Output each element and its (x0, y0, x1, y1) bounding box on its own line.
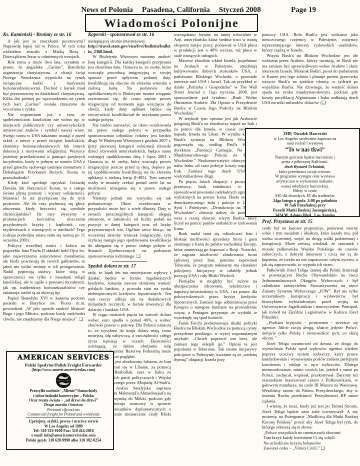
paragraph: Politycy wszelkiej maści i koloru na pog… (3, 243, 85, 295)
paragraph: Nie wspominam już o tym, że społeczności… (3, 112, 85, 180)
paragraph: Kiedy ktoś spróbuje opryskać Gwiazdę Daw… (3, 180, 85, 243)
paragraph: Koperski - sponsorował ze str. 16 (88, 32, 171, 38)
ad-content: American Services Polski Spedytor/Polish… (7, 352, 114, 443)
ad-logo: American Services (11, 354, 115, 362)
page-number: Page 19 (291, 5, 316, 14)
paragraph: W Biuletynie Wizowym możemy znaleźć list… (88, 54, 171, 122)
paragraph: rady, że bank ten ma zmniejszone wpływy … (88, 270, 171, 312)
masthead: News of Polonia Pasadena, California Sty… (78, 5, 264, 14)
paragraph: Józef Teliga rozumował od dawna, że drog… (262, 341, 358, 404)
newspaper-page: { "page": {"background":"#fcfbf6","text_… (0, 0, 360, 466)
column-4-top-text: pomocy USA. Rola Bush'a jest widziana ja… (262, 32, 358, 105)
announcement-line: “To w nas tkwi” (249, 147, 360, 154)
column-1-text: Ks. Kamieński - Brońmy ze str. 16A jak j… (3, 32, 85, 322)
paragraph: Nie trudno zauważyć, że okres oczekiwani… (88, 122, 171, 195)
paragraph: I wierzę, że teraz, kiedy już jest po Ta… (262, 404, 358, 430)
paragraph: czuły był na kasowe propozycje, ponieważ… (262, 225, 358, 267)
paragraph: Wizyta Bush'a na Bliskim Wschodzie jest … (262, 53, 358, 105)
announcement-line: 3424 W. Adams Blvd., Los Angeles (249, 213, 360, 217)
paragraph (112, 261, 147, 262)
paper-date: Styczeń 2008 (219, 5, 261, 14)
paragraph: Papież Benedykt XVI w kazaniu podczas pa… (3, 295, 85, 321)
column-4-bottom-text: Prof. Przystawa ze str. 15czuły był na k… (262, 219, 358, 451)
column-4-top: pomocy USA. Rola Bush'a jest widziana ja… (262, 32, 358, 126)
paragraph: Niestety jednak nie wszystko się tak pod… (88, 196, 171, 259)
ad-text-lines: Przesyłki osobiste: „Mienie”/Samochodyi … (11, 389, 115, 443)
zhp-announcement-box: ZHP, Ośrodek Harcerskiw Los Angeles serd… (245, 128, 360, 217)
paragraph: oszczędzano fortuny na taniej robociźnie… (174, 32, 257, 58)
paper-city: Pasadena, California (142, 5, 210, 14)
paragraph: Masowe zbrodnie wkład Izraela, popełnian… (174, 58, 257, 116)
column-4-bottom: Prof. Przystawa ze str. 15czuły był na k… (262, 219, 358, 465)
announcement-line: nasz recital i wystawę (249, 141, 360, 146)
american-services-ad: American Services Polski Spedytor/Polish… (6, 351, 114, 450)
paragraph: Ks. Kamieński - Brońmy ze str. 16 (3, 32, 85, 38)
ad-line: Commercial freight for Poland and worldw… (11, 412, 115, 417)
paragraph: A jak jest ze znaczkami pocztowymi? Napr… (3, 38, 85, 59)
paragraph: http://travel.state.gov/visa/frvi/bullet… (88, 44, 171, 54)
paragraph: Faruk Farchi podsumowuje skutki polityki… (174, 320, 257, 362)
paragraph: pomocy USA. Rola Bush'a jest widziana ja… (262, 32, 358, 53)
section-title-box: Wiadomości Polonijne (85, 14, 258, 32)
paragraph: Prof. Przystawa ze str. 15 (262, 219, 358, 225)
paragraph: Spadek dolara ze str. 17 (88, 264, 171, 270)
paragraph: Pułkownik Józef Teliga szansę dla Polski… (262, 267, 358, 319)
ad-line: Polski język: 310 628-9990 albo 310 382-… (11, 438, 115, 443)
ad-line (25, 418, 101, 419)
paragraph: Rok temu a może dwa lata, czytałem w pra… (3, 59, 85, 111)
column-3: oszczędzano fortuny na taniej robociźnie… (174, 32, 257, 462)
paragraph: Pieniądze te mogłyby być zużyte na ubezp… (174, 278, 257, 320)
zhp-announcement-text: ZHP, Ośrodek Harcerskiw Los Angeles serd… (246, 129, 360, 217)
paper-name: News of Polonia (81, 5, 133, 14)
paragraph: Zawsześ order – „Virtuti Civili.” ❑ (264, 446, 359, 451)
column-1: Ks. Kamieński - Brońmy ze str. 16A jak j… (3, 32, 85, 348)
paragraph: Bush nadal stara się odizolować Iran i b… (174, 231, 257, 278)
section-title: Wiadomości Polonijne (104, 16, 239, 31)
globe-icon (11, 373, 115, 389)
ad-website: (http://www.americanserviceslax.com) (11, 367, 115, 372)
paragraph: „Podczas kryzysów - powtarzam - strzeżci… (262, 320, 358, 341)
